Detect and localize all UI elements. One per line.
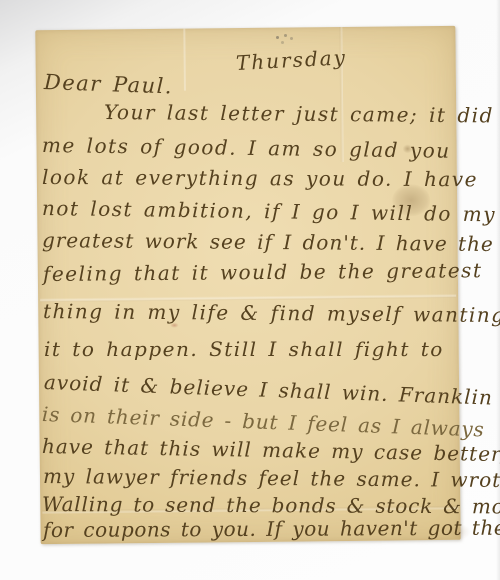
letter-line: greatest work see if I don't. I have the [42, 228, 494, 256]
letter-line: feeling that it would be the greatest [43, 258, 483, 286]
letter-salutation: Dear Paul. [44, 70, 174, 98]
letter-line: my lawyer friends feel the same. I wrote [43, 464, 500, 492]
paper-crease-vertical [183, 29, 186, 91]
letter-line: thing in my life & find myself wanting [43, 299, 500, 327]
letter-line: Your last letter just came; it did [104, 100, 494, 127]
letter-line: it to happen. Still I shall fight to [44, 337, 444, 361]
letter-line: Walling to send the bonds & stock & mone… [42, 492, 500, 519]
letter-line: look at everything as you do. I have [42, 165, 478, 191]
letter-line: for coupons to you. If you haven't got t… [43, 515, 500, 542]
pencil-marks [276, 36, 279, 39]
letter-scan: Thursday Dear Paul. Your last letter jus… [0, 0, 500, 580]
scan-edge-shadow [496, 0, 500, 580]
